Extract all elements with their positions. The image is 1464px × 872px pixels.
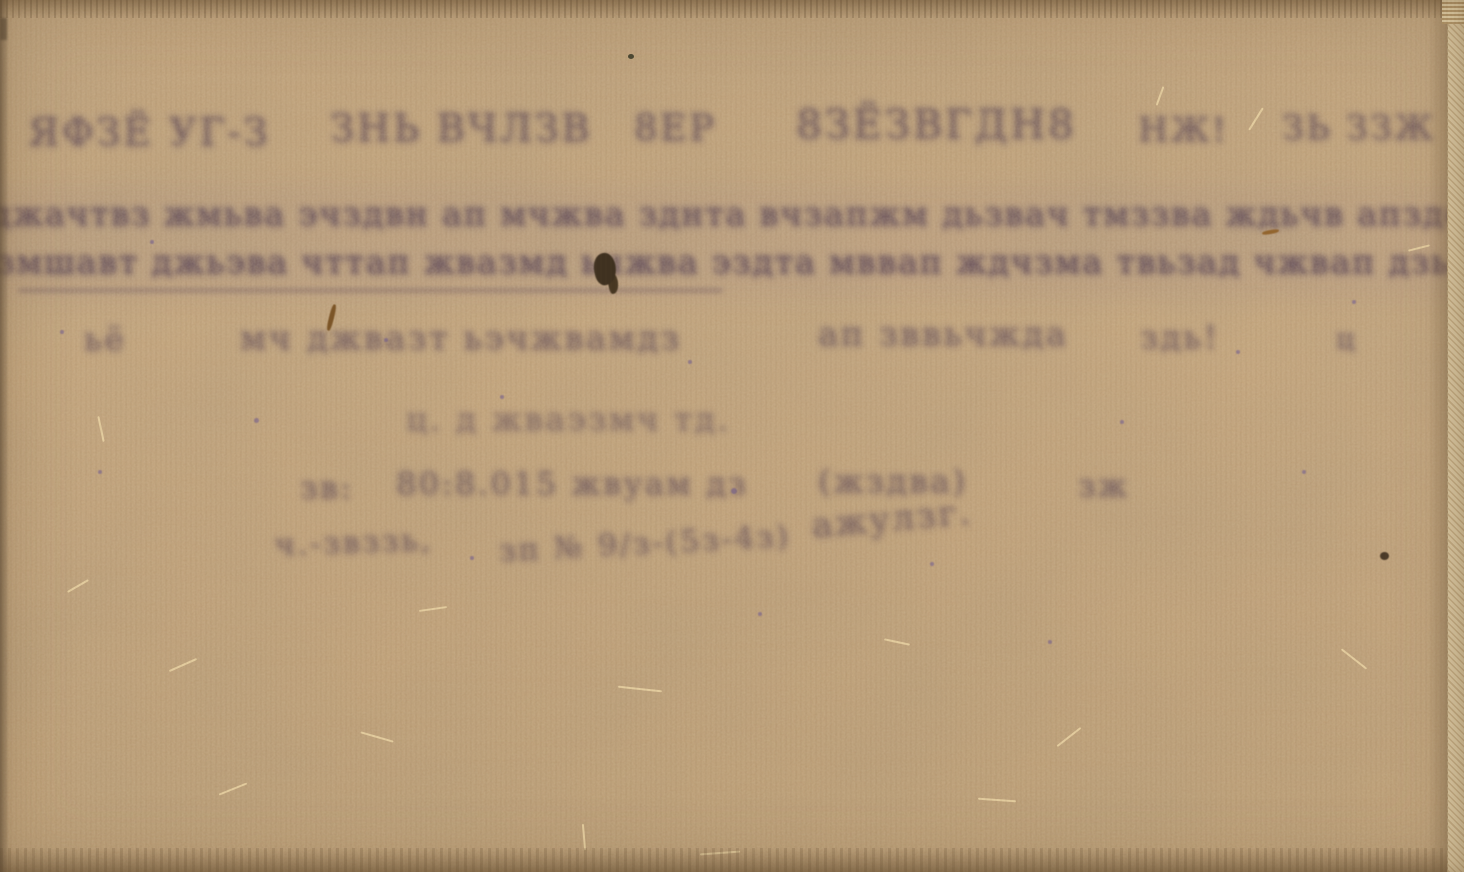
paper-speck [628,54,634,59]
ink-speck [500,395,504,399]
paper-speck [1380,552,1389,560]
paper-fiber [582,824,586,850]
paper-fiber [219,782,248,795]
scanline-overlay [0,0,1464,872]
ink-speck [1120,420,1124,424]
ink-text-segment: 8ЕР [634,108,716,149]
paper-fiber [884,638,910,645]
ink-speck [60,330,64,334]
ink-text-segment: 80:8.015 жвуам дз [396,466,748,502]
paper-fiber [1248,107,1263,130]
right-edge-shadow [1428,0,1448,872]
ink-speck [470,556,474,560]
ink-text-segment: ЯФЗЁ УГ-З [28,110,270,154]
ink-text-segment: ц. д жваэзмч тд. [406,400,731,438]
ink-layer: ЯФЗЁ УГ-З ЗНЬ ВЧЛЗВ 8ЕР 8ЗЁЗВГДН8 НЖ! ЗЬ… [0,0,1464,872]
ink-speck [254,418,259,423]
ink-text-segment: ч.-звззь, [274,522,433,563]
ink-speck [731,488,737,494]
document-scan: ЯФЗЁ УГ-З ЗНЬ ВЧЛЗВ 8ЕР 8ЗЁЗВГДН8 НЖ! ЗЬ… [0,0,1464,872]
ink-text-segment: ц [1336,322,1357,355]
ink-text-segment: ЗНЬ ВЧЛЗВ [330,106,592,150]
paper-fiber [978,798,1016,803]
ink-text-segment: зп № 9/з-(5з-4з) [498,519,791,569]
right-paper-edge-strip [1447,0,1464,872]
vignette [0,0,1464,872]
ink-text-segment: ажулзг. [810,492,974,546]
paper-fiber [97,416,104,442]
paper-grain-layer [0,0,1464,872]
paper-fiber [169,658,197,672]
ink-text-segment: ЗЬ ЗЗЖ [1282,108,1435,148]
paper-fiber [419,606,447,612]
paper-fiber [1057,727,1082,747]
ink-speck [1048,640,1052,644]
paper-fiber [618,686,662,693]
paper-fiber [1156,86,1165,105]
ink-text-segment: здь! [1140,318,1219,356]
top-edge-shadow [0,0,1464,18]
ink-speck [688,360,692,364]
ink-text-segment: ап зввьчжда [818,314,1068,353]
paper-fiber-dark [326,304,337,331]
ink-text-segment: зж [1078,468,1129,504]
ink-text-segment: 8ЗЁЗВГДН8 [796,102,1076,148]
ink-text-segment: (жздва) [818,462,968,500]
ink-haze [0,186,1464,298]
ink-text-segment: мч джвазт ьэчжвамдз [240,318,682,357]
ink-speck [1352,300,1356,304]
ink-text-segment: зв: [300,470,354,506]
left-edge-shadow [0,0,9,872]
paper-fiber [67,579,89,593]
paper-fiber [1341,648,1367,669]
paper-fiber [360,731,393,742]
ink-speck [758,612,762,616]
ink-text-segment: НЖ! [1138,110,1229,150]
ink-speck [384,338,388,342]
ink-speck [930,562,934,566]
ink-speck [1302,470,1306,474]
ink-speck [1236,350,1240,354]
ink-text-segment: ьё [84,320,126,358]
paper-texture-layer [0,0,1464,872]
corner-checker-pattern [1442,0,1464,24]
ink-speck [98,470,102,474]
bottom-edge-shadow [0,848,1464,872]
